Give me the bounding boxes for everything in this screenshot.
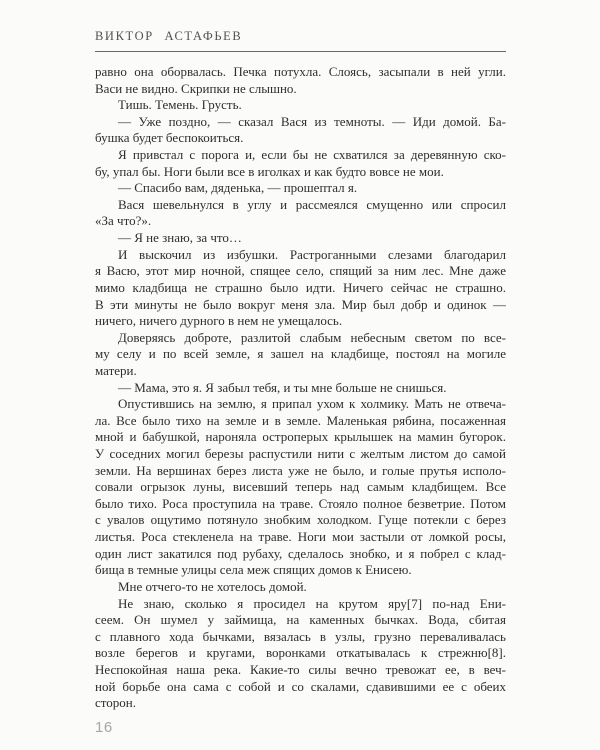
text-line: Васи не видно. Скрипки не слышно. <box>95 81 506 98</box>
text-line: — Я не знаю, за что… <box>95 230 506 247</box>
paragraph: Не знаю, сколько я просидел на крутом яр… <box>95 596 506 712</box>
text-line: И выскочил из избушки. Растроганными сле… <box>95 247 506 264</box>
text-line: совали огрызок луны, висевший теперь над… <box>95 479 506 496</box>
text-line: один лист закатился под рубаху, сделалос… <box>95 546 506 563</box>
paragraph: И выскочил из избушки. Растроганными сле… <box>95 247 506 330</box>
page-number: 16 <box>95 719 113 736</box>
text-line: му селу и по всей земле, я зашел на клад… <box>95 346 506 363</box>
text-line: я Васю, этот мир ночной, спящее село, сп… <box>95 263 506 280</box>
text-line: ной борьбе она сама с собой и со скалами… <box>95 679 506 696</box>
paragraph: Тишь. Темень. Грусть. <box>95 97 506 114</box>
text-line: Доверяясь доброте, разлитой слабым небес… <box>95 330 506 347</box>
paragraph: — Я не знаю, за что… <box>95 230 506 247</box>
text-line: ничего, ничего дурного в нем не умещалос… <box>95 313 506 330</box>
text-line: — Спасибо вам, дяденька, — прошептал я. <box>95 180 506 197</box>
paragraph: Вася шевельнулся в углу и рассмеялся сму… <box>95 197 506 230</box>
text-line: В эти минуты не было вокруг меня зла. Ми… <box>95 297 506 314</box>
text-line: Неспокойная наша река. Какие-то силы веч… <box>95 662 506 679</box>
text-line: Мне отчего-то не хотелось домой. <box>95 579 506 596</box>
text-line: Я привстал с порога и, если бы не схвати… <box>95 147 506 164</box>
paragraph: — Уже поздно, — сказал Вася из темноты. … <box>95 114 506 147</box>
paragraph: — Спасибо вам, дяденька, — прошептал я. <box>95 180 506 197</box>
text-line: с плавного хода бычками, вязалась в узлы… <box>95 629 506 646</box>
paragraph: равно она оборвалась. Печка потухла. Сло… <box>95 64 506 97</box>
text-line: бу, упал бы. Ноги были все в иголках и к… <box>95 164 506 181</box>
text-line: бушка будет беспокоиться. <box>95 130 506 147</box>
paragraph: — Мама, это я. Я забыл тебя, и ты мне бо… <box>95 380 506 397</box>
book-page: ВИКТОР АСТАФЬЕВ равно она оборвалась. Пе… <box>0 0 600 750</box>
text-line: с увалов ощутимо потянуло знобким холодк… <box>95 512 506 529</box>
running-header: ВИКТОР АСТАФЬЕВ <box>95 29 506 52</box>
paragraph: Доверяясь доброте, разлитой слабым небес… <box>95 330 506 380</box>
paragraph: Мне отчего-то не хотелось домой. <box>95 579 506 596</box>
text-line: равно она оборвалась. Печка потухла. Сло… <box>95 64 506 81</box>
text-line: листья. Роса стекленела на траве. Ноги м… <box>95 529 506 546</box>
text-line: Не знаю, сколько я просидел на крутом яр… <box>95 596 506 613</box>
text-line: мной и бабушкой, нароняла остроперых кры… <box>95 429 506 446</box>
paragraph: Я привстал с порога и, если бы не схвати… <box>95 147 506 180</box>
text-line: было тихо. Роса проступила на траве. Сто… <box>95 496 506 513</box>
text-line: сеем. Он шумел у займища, на каменных бы… <box>95 612 506 629</box>
text-line: сторон. <box>95 695 506 712</box>
text-line: Тишь. Темень. Грусть. <box>95 97 506 114</box>
text-line: — Уже поздно, — сказал Вася из темноты. … <box>95 114 506 131</box>
text-line: бища в темные улицы села меж спящих домо… <box>95 562 506 579</box>
text-line: мимо кладбища не страшно было идти. Ниче… <box>95 280 506 297</box>
author-name: ВИКТОР АСТАФЬЕВ <box>95 29 242 43</box>
text-line: «За что?». <box>95 213 506 230</box>
text-line: — Мама, это я. Я забыл тебя, и ты мне бо… <box>95 380 506 397</box>
text-line: возле берегов и кругами, воронками откат… <box>95 645 506 662</box>
paragraph: Опустившись на землю, я припал ухом к хо… <box>95 396 506 579</box>
text-line: Вася шевельнулся в углу и рассмеялся сму… <box>95 197 506 214</box>
text-line: У соседних могил березы распустили нити … <box>95 446 506 463</box>
text-line: Опустившись на землю, я припал ухом к хо… <box>95 396 506 413</box>
text-line: земли. На вершинах берез листа уже не бы… <box>95 463 506 480</box>
text-line: ла. Все было тихо на земле и в земле. Ма… <box>95 413 506 430</box>
page-text: равно она оборвалась. Печка потухла. Сло… <box>95 64 506 712</box>
text-line: матери. <box>95 363 506 380</box>
